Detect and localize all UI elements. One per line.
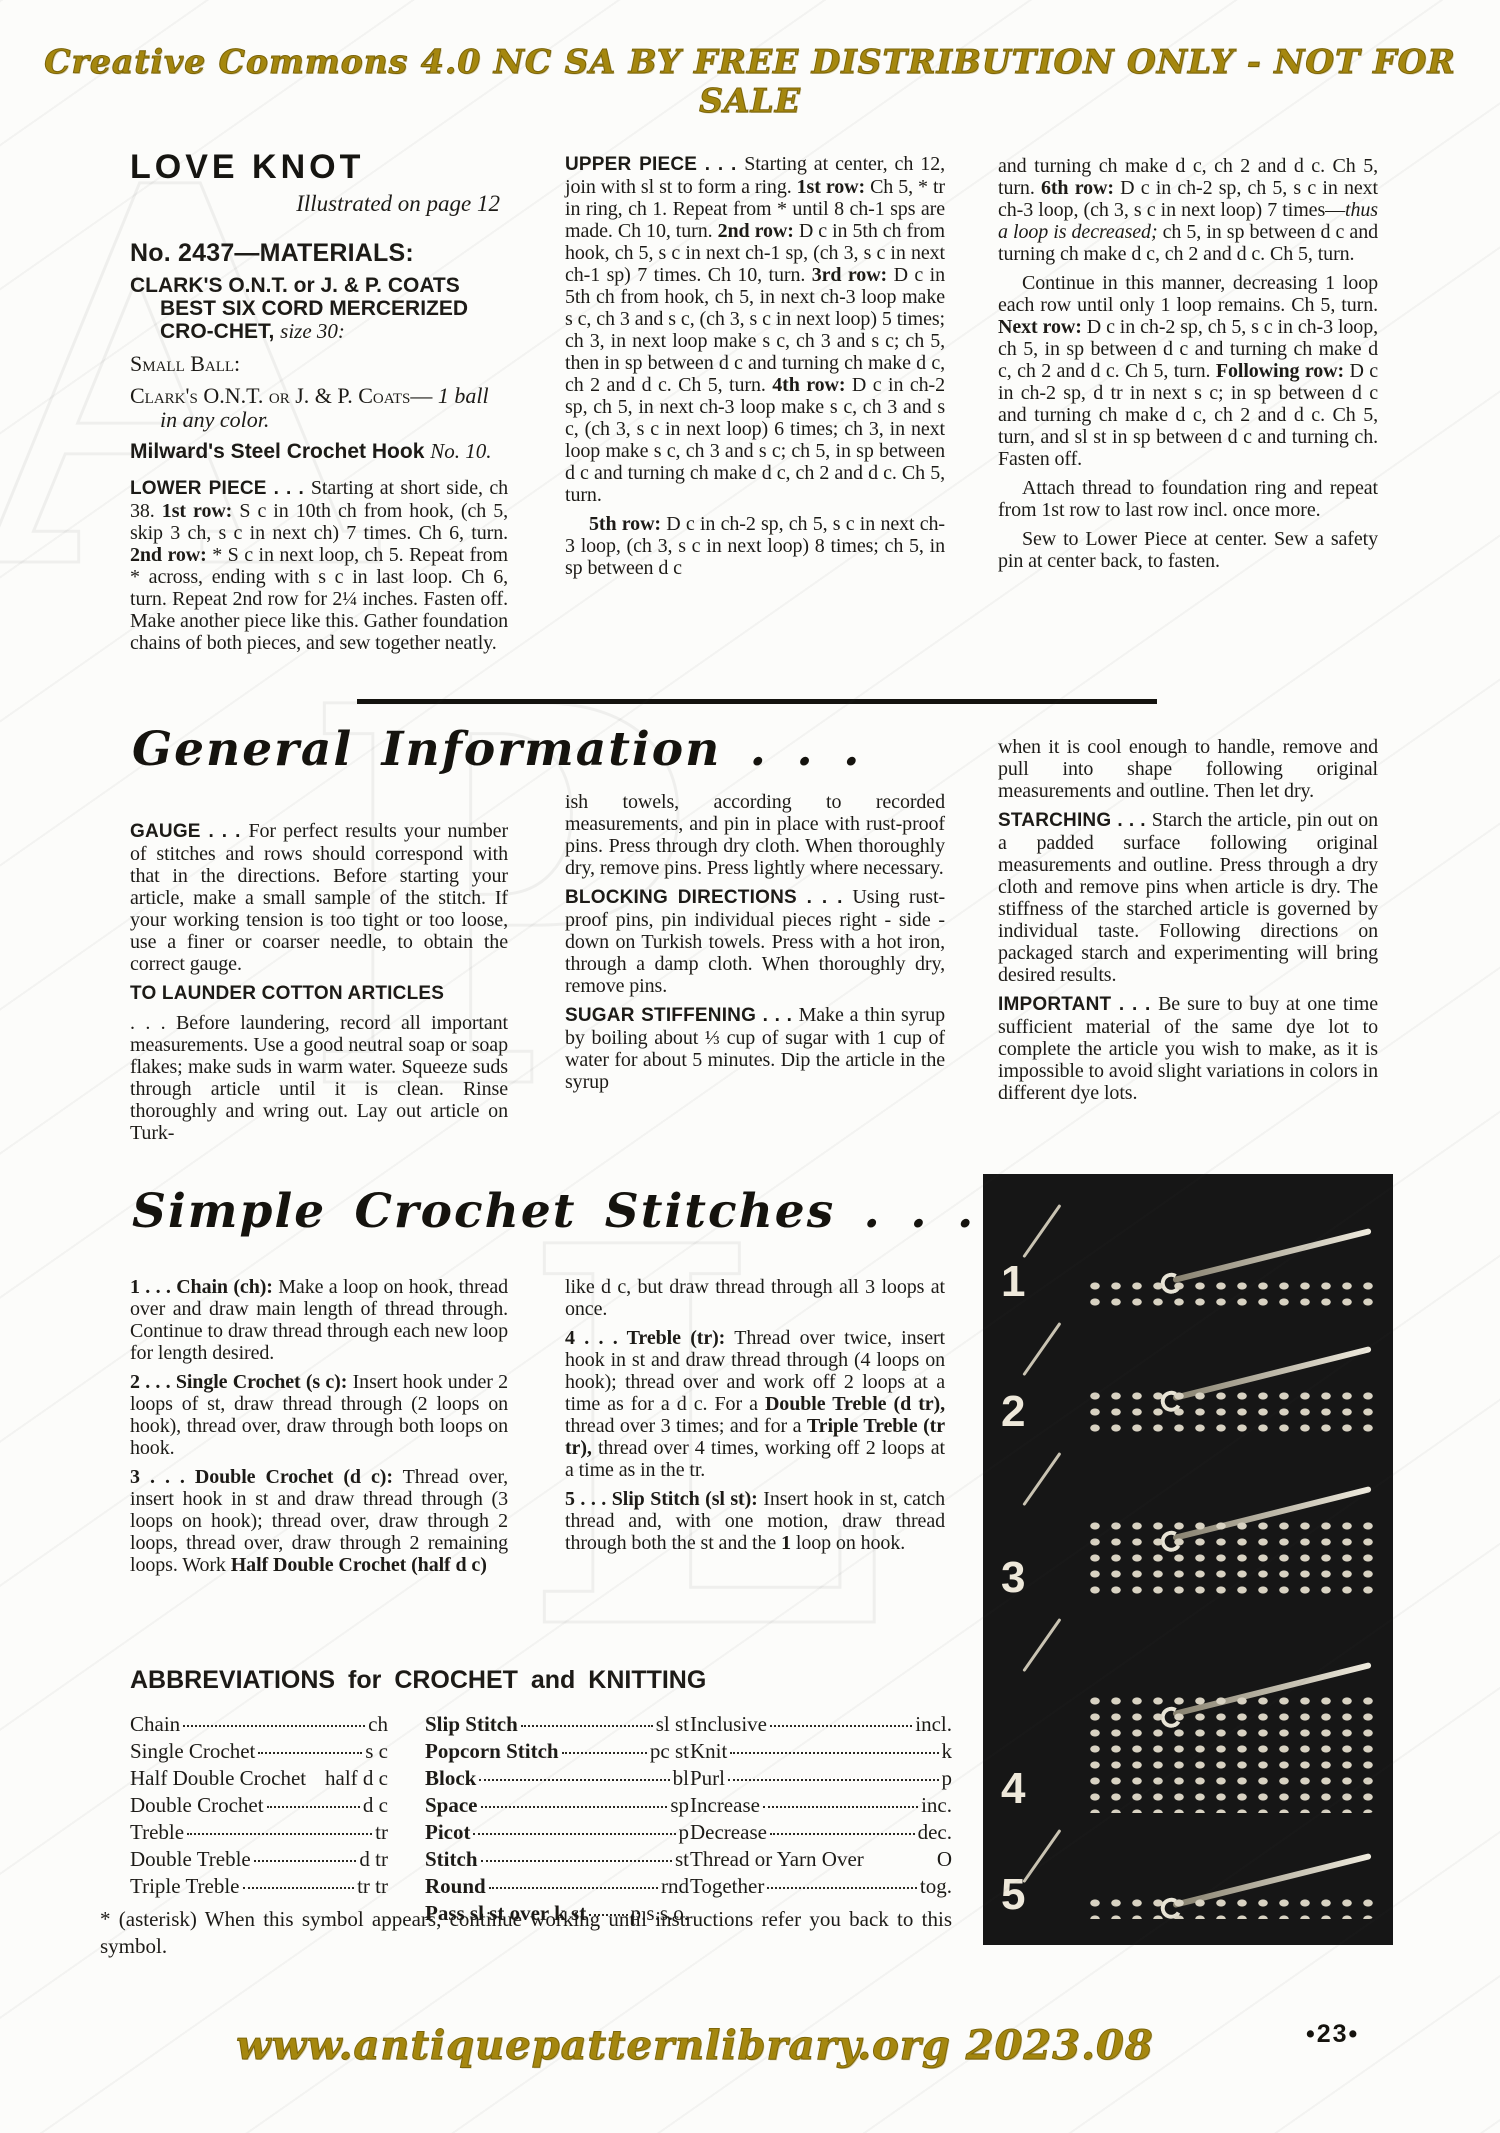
instruction-paragraph: TO LAUNDER COTTON ARTICLES	[130, 982, 508, 1005]
abbrev-leader	[243, 1887, 355, 1889]
abbrev-value: bl	[673, 1766, 689, 1791]
abbrev-value: ch	[368, 1712, 388, 1737]
stitch-number: 4	[1001, 1767, 1049, 1811]
chain-stitches-graphic	[1085, 1693, 1375, 1813]
abbrev-value: incl.	[915, 1712, 952, 1737]
stitch-number: 1	[1001, 1260, 1049, 1304]
abbrev-term: Inclusive	[690, 1712, 767, 1737]
yarn-thread-icon	[1022, 1618, 1061, 1672]
general-info-column-2: ish towels, according to recorded measur…	[565, 791, 945, 1100]
abbrev-leader	[267, 1806, 360, 1808]
instruction-paragraph: 5 . . . Slip Stitch (sl st): Insert hook…	[565, 1488, 945, 1554]
materials-heading: No. 2437—MATERIALS:	[130, 239, 508, 268]
abbrev-leader	[767, 1887, 917, 1889]
abbrev-value: tr	[375, 1820, 388, 1845]
instruction-paragraph: . . . Before laundering, record all impo…	[130, 1012, 508, 1144]
abbrev-term: Decrease	[690, 1820, 767, 1845]
abbreviations-column-3: Inclusive incl. Knit k Purl p Increase i…	[690, 1712, 952, 1901]
abbrev-row: Thread or Yarn Over O	[690, 1847, 952, 1874]
instruction-paragraph: 5th row: D c in ch-2 sp, ch 5, s c in ne…	[565, 513, 945, 579]
abbrev-term: Stitch	[425, 1847, 478, 1872]
chain-stitches-graphic	[1085, 1388, 1375, 1436]
abbrev-term: Space	[425, 1793, 478, 1818]
instruction-paragraph: BLOCKING DIRECTIONS . . . Using rust-pro…	[565, 886, 945, 997]
abbrev-leader	[728, 1779, 938, 1781]
abbrev-row: Picot p	[425, 1820, 689, 1847]
abbrev-value: p	[679, 1820, 690, 1845]
abbreviations-column-1: Chain ch Single Crochet s c Half Double …	[130, 1712, 388, 1901]
crochet-hook-icon	[1173, 1228, 1372, 1283]
abbrev-value: half d c	[325, 1766, 388, 1791]
abbrev-value: O	[937, 1847, 952, 1872]
abbrev-term: Half Double Crochet	[130, 1766, 306, 1791]
abbrev-leader	[770, 1833, 915, 1835]
abbreviations-heading: ABBREVIATIONS for CROCHET and KNITTING	[130, 1666, 706, 1695]
page-number: •23•	[1306, 2020, 1359, 2049]
scanned-pattern-page: A P L Creative Commons 4.0 NC SA BY FREE…	[0, 0, 1500, 2133]
love-knot-column-3: and turning ch make d c, ch 2 and d c. C…	[998, 155, 1378, 579]
abbrev-row: Round rnd	[425, 1874, 689, 1901]
instruction-paragraph: Sew to Lower Piece at center. Sew a safe…	[998, 528, 1378, 572]
panel-row: 5	[1001, 1823, 1377, 1921]
abbrev-leader	[479, 1779, 669, 1781]
instruction-paragraph: SUGAR STIFFENING . . . Make a thin syrup…	[565, 1004, 945, 1093]
abbrev-row: Triple Treble tr tr	[130, 1874, 388, 1901]
abbrev-value: inc.	[921, 1793, 952, 1818]
abbrev-row: Chain ch	[130, 1712, 388, 1739]
abbrev-leader	[521, 1725, 653, 1727]
instruction-paragraph: GAUGE . . . For perfect results your num…	[130, 820, 508, 975]
abbrev-row: Purl p	[690, 1766, 952, 1793]
panel-row: 2	[1001, 1316, 1377, 1438]
abbrev-row: Half Double Crochet half d c	[130, 1766, 388, 1793]
instruction-paragraph: ish towels, according to recorded measur…	[565, 791, 945, 879]
instruction-paragraph: 3 . . . Double Crochet (d c): Thread ove…	[130, 1466, 508, 1576]
abbrev-value: p	[942, 1766, 953, 1791]
abbrev-leader	[730, 1752, 938, 1754]
stitch-number: 2	[1001, 1390, 1049, 1434]
instruction-paragraph: STARCHING . . . Starch the article, pin …	[998, 809, 1378, 986]
abbrev-term: Single Crochet	[130, 1739, 255, 1764]
abbrev-leader	[481, 1860, 672, 1862]
abbrev-row: Popcorn Stitch pc st	[425, 1739, 689, 1766]
abbrev-leader	[473, 1833, 675, 1835]
simple-stitches-heading: Simple Crochet Stitches . . .	[132, 1184, 975, 1239]
abbrev-value: tr tr	[357, 1874, 388, 1899]
abbrev-term: Slip Stitch	[425, 1712, 518, 1737]
abbrev-row: Double Crochet d c	[130, 1793, 388, 1820]
abbrev-term: Round	[425, 1874, 486, 1899]
abbrev-value: rnd	[661, 1874, 689, 1899]
abbrev-leader	[770, 1725, 912, 1727]
abbrev-value: sl st	[656, 1712, 689, 1737]
stitch-illustration-panel: 1 2 3	[983, 1174, 1393, 1945]
stitch-illustration	[1059, 1316, 1377, 1438]
abbrev-leader	[254, 1860, 357, 1862]
abbrev-row: Increase inc.	[690, 1793, 952, 1820]
stitches-column-1: 1 . . . Chain (ch): Make a loop on hook,…	[130, 1276, 508, 1583]
abbrev-leader	[763, 1806, 918, 1808]
instruction-paragraph: 2 . . . Single Crochet (s c): Insert hoo…	[130, 1371, 508, 1459]
stitch-number: 3	[1001, 1556, 1049, 1600]
abbrev-row: Decrease dec.	[690, 1820, 952, 1847]
abbrev-row: Stitch st	[425, 1847, 689, 1874]
hook-line: Milward's Steel Crochet Hook No. 10.	[130, 440, 508, 463]
abbrev-row: Double Treble d tr	[130, 1847, 388, 1874]
abbrev-row: Single Crochet s c	[130, 1739, 388, 1766]
instruction-paragraph: IMPORTANT . . . Be sure to buy at one ti…	[998, 993, 1378, 1104]
pattern-subtitle: Illustrated on page 12	[130, 191, 500, 217]
abbrev-row: Together tog.	[690, 1874, 952, 1901]
panel-row: 1	[1001, 1198, 1377, 1308]
abbrev-value: k	[942, 1739, 953, 1764]
abbrev-value: pc st	[650, 1739, 689, 1764]
instruction-paragraph: Attach thread to foundation ring and rep…	[998, 477, 1378, 521]
abbrev-term: Double Treble	[130, 1847, 251, 1872]
instruction-paragraph: 1 . . . Chain (ch): Make a loop on hook,…	[130, 1276, 508, 1364]
yarn-thread-icon	[1022, 1204, 1061, 1258]
abbrev-value: d c	[363, 1793, 388, 1818]
stitch-illustration	[1059, 1198, 1377, 1308]
abbrev-value: dec.	[918, 1820, 952, 1845]
lower-piece-paragraph: LOWER PIECE . . . Starting at short side…	[130, 477, 508, 654]
love-knot-column-1: LOVE KNOT Illustrated on page 12 No. 243…	[130, 148, 508, 661]
abbrev-term: Triple Treble	[130, 1874, 240, 1899]
instruction-paragraph: UPPER PIECE . . . Starting at center, ch…	[565, 153, 945, 506]
abbrev-value: s c	[365, 1739, 388, 1764]
love-knot-column-2: UPPER PIECE . . . Starting at center, ch…	[565, 153, 945, 586]
stitch-illustration	[1059, 1612, 1377, 1815]
abbrev-term: Knit	[690, 1739, 727, 1764]
abbrev-term: Thread or Yarn Over	[690, 1847, 864, 1872]
instruction-paragraph: 4 . . . Treble (tr): Thread over twice, …	[565, 1327, 945, 1481]
stitches-column-2: like d c, but draw thread through all 3 …	[565, 1276, 945, 1561]
abbrev-term: Treble	[130, 1820, 184, 1845]
abbrev-row: Block bl	[425, 1766, 689, 1793]
instruction-paragraph: when it is cool enough to handle, remove…	[998, 736, 1378, 802]
abbrev-leader	[183, 1725, 365, 1727]
abbrev-row: Slip Stitch sl st	[425, 1712, 689, 1739]
abbrev-row: Inclusive incl.	[690, 1712, 952, 1739]
abbrev-value: st	[675, 1847, 689, 1872]
general-information-heading: General Information . . .	[132, 722, 861, 777]
license-banner: Creative Commons 4.0 NC SA BY FREE DISTR…	[0, 42, 1500, 120]
abbrev-term: Increase	[690, 1793, 760, 1818]
general-info-column-1: GAUGE . . . For perfect results your num…	[130, 820, 508, 1151]
footer-url: www.antiquepatternlibrary.org 2023.08	[0, 2022, 1390, 2069]
yarn-thread-icon	[1022, 1322, 1061, 1376]
abbrev-term: Picot	[425, 1820, 470, 1845]
abbrev-leader	[562, 1752, 647, 1754]
instruction-paragraph: Continue in this manner, decreasing 1 lo…	[998, 272, 1378, 470]
abbrev-leader	[187, 1833, 372, 1835]
abbrev-term: Popcorn Stitch	[425, 1739, 559, 1764]
abbrev-leader	[489, 1887, 658, 1889]
abbrev-term: Together	[690, 1874, 764, 1899]
abbrev-value: tog.	[920, 1874, 952, 1899]
abbrev-row: Space sp	[425, 1793, 689, 1820]
stitch-illustration	[1059, 1446, 1377, 1604]
abbrev-row: Treble tr	[130, 1820, 388, 1847]
thread-brand-line: Clark's O.N.T. or J. & P. Coats— 1 ball …	[130, 384, 508, 432]
abbrev-term: Purl	[690, 1766, 725, 1791]
small-ball-line: Small Ball:	[130, 352, 508, 376]
abbrev-leader	[481, 1806, 668, 1808]
stitch-illustration	[1059, 1823, 1377, 1921]
chain-stitches-graphic	[1085, 1518, 1375, 1602]
panel-row: 3	[1001, 1446, 1377, 1604]
abbrev-value: d tr	[359, 1847, 388, 1872]
abbreviations-column-2: Slip Stitch sl st Popcorn Stitch pc st B…	[425, 1712, 689, 1928]
abbrev-value: sp	[670, 1793, 689, 1818]
materials-paragraph: CLARK'S O.N.T. or J. & P. COATS BEST SIX…	[130, 274, 508, 343]
section-divider-rule	[357, 699, 1157, 704]
abbrev-term: Chain	[130, 1712, 180, 1737]
abbrev-term: Block	[425, 1766, 476, 1791]
yarn-thread-icon	[1022, 1452, 1061, 1506]
panel-row: 4	[1001, 1612, 1377, 1815]
abbrev-row: Knit k	[690, 1739, 952, 1766]
instruction-paragraph: like d c, but draw thread through all 3 …	[565, 1276, 945, 1320]
general-info-column-3: when it is cool enough to handle, remove…	[998, 736, 1378, 1111]
asterisk-note: * (asterisk) When this symbol appears, c…	[100, 1906, 952, 1960]
instruction-paragraph: and turning ch make d c, ch 2 and d c. C…	[998, 155, 1378, 265]
chain-stitches-graphic	[1085, 1278, 1375, 1306]
abbrev-term: Double Crochet	[130, 1793, 264, 1818]
chain-stitches-graphic	[1085, 1895, 1375, 1919]
pattern-title: LOVE KNOT	[130, 148, 508, 187]
abbrev-leader	[258, 1752, 362, 1754]
